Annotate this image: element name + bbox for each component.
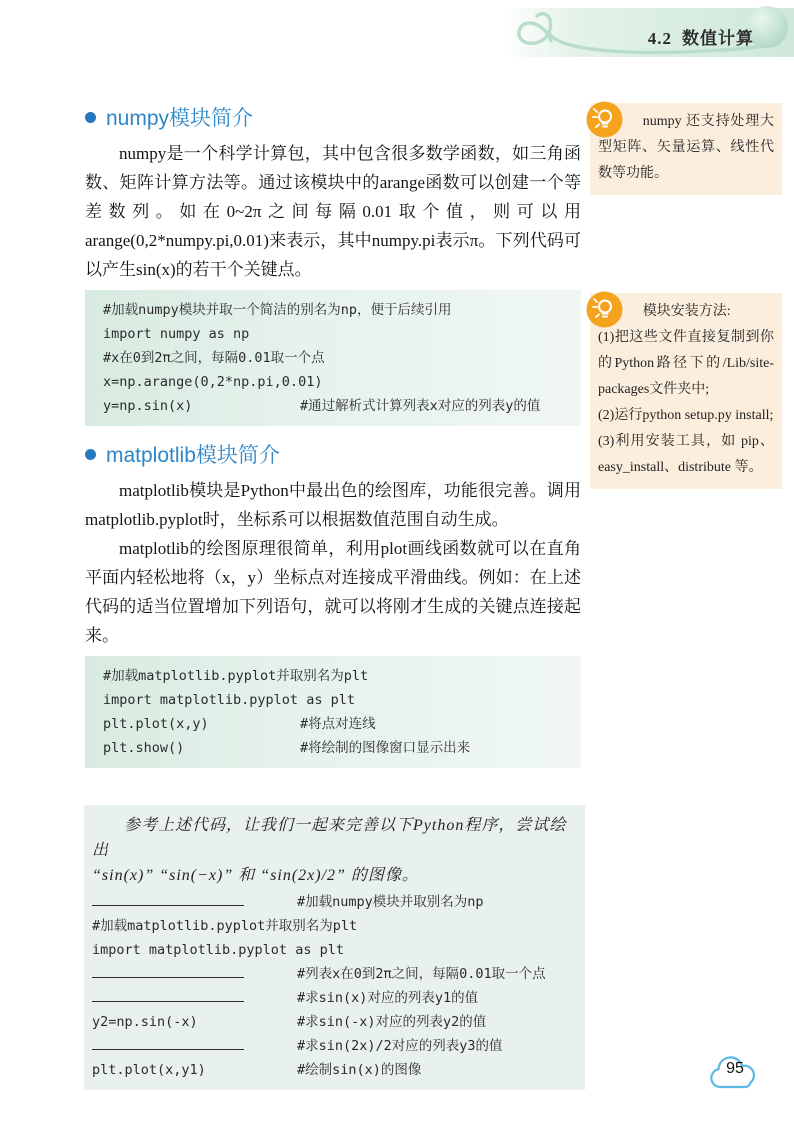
textbook-page: 4.2数值计算 numpy模块简介 numpy是一个科学计算包，其中包含很多数学… xyxy=(0,0,794,1122)
code-text: import matplotlib.pyplot as plt xyxy=(103,692,355,708)
exercise-intro-line2: “sin(x)” “sin(−x)” 和 “sin(2x)/2” 的图像。 xyxy=(92,863,579,888)
code-text: y2=np.sin(-x) xyxy=(92,1010,297,1034)
code-line: import numpy as np xyxy=(103,322,581,346)
code-text: plt.plot(x,y) xyxy=(103,712,300,736)
code-cell xyxy=(92,1034,297,1058)
lightbulb-icon xyxy=(586,101,623,138)
bullet-icon xyxy=(85,112,96,123)
note-install-step-2: (2)运行python setup.py install; xyxy=(598,403,774,429)
main-content-column: numpy模块简介 numpy是一个科学计算包，其中包含很多数学函数，如三角函数… xyxy=(85,101,581,1090)
code-comment: #绘制sin(x)的图像 xyxy=(297,1062,421,1078)
numpy-paragraph: numpy是一个科学计算包，其中包含很多数学函数，如三角函数、矩阵计算方法等。通… xyxy=(85,139,581,284)
page-header-band: 4.2数值计算 xyxy=(503,8,794,57)
code-text: plt.show() xyxy=(103,736,300,760)
code-line: import matplotlib.pyplot as plt xyxy=(92,938,579,962)
code-text: import numpy as np xyxy=(103,326,249,342)
code-line: plt.plot(x,y1)#绘制sin(x)的图像 xyxy=(92,1058,579,1082)
heading-matplotlib-label: matplotlib模块简介 xyxy=(106,439,280,469)
page-number: 95 xyxy=(706,1060,764,1078)
numpy-code-block: #加载numpy模块并取一个简洁的别名为np，便于后续引用 import num… xyxy=(85,290,581,426)
fill-in-blank xyxy=(92,1036,244,1050)
chapter-header: 4.2数值计算 xyxy=(648,24,754,49)
code-comment: #加载numpy模块并取别名为np xyxy=(297,894,484,910)
lightbulb-icon xyxy=(586,291,623,328)
page-number-badge: 95 xyxy=(706,1051,764,1097)
fill-in-blank xyxy=(92,964,244,978)
exercise-code: #加载numpy模块并取别名为np #加载matplotlib.pyplot并取… xyxy=(92,890,579,1082)
note-install-step-1: (1)把这些文件直接复制到你的Python路径下的/Lib/site-packa… xyxy=(598,325,774,403)
code-line: #加载matplotlib.pyplot并取别名为plt xyxy=(92,914,579,938)
code-text: x=np.arange(0,2*np.pi,0.01) xyxy=(103,374,322,390)
exercise-intro: 参考上述代码，让我们一起来完善以下Python程序，尝试绘出 “sin(x)” … xyxy=(92,813,579,888)
matplotlib-paragraph-2: matplotlib的绘图原理很简单，利用plot画线函数就可以在直角平面内轻松… xyxy=(85,534,581,650)
heading-numpy-label: numpy模块简介 xyxy=(106,102,253,132)
code-line: x=np.arange(0,2*np.pi,0.01) xyxy=(103,370,581,394)
code-line: #求sin(2x)/2对应的列表y3的值 xyxy=(92,1034,579,1058)
heading-matplotlib: matplotlib模块简介 xyxy=(85,438,581,470)
code-text: #加载matplotlib.pyplot并取别名为plt xyxy=(103,668,368,684)
code-cell xyxy=(92,986,297,1010)
code-comment: #求sin(2x)/2对应的列表y3的值 xyxy=(297,1038,503,1054)
code-line: #加载matplotlib.pyplot并取别名为plt xyxy=(103,664,581,688)
code-comment: #通过解析式计算列表x对应的列表y的值 xyxy=(300,398,540,414)
code-cell xyxy=(92,962,297,986)
sidebar-note-install: 模块安装方法: (1)把这些文件直接复制到你的Python路径下的/Lib/si… xyxy=(590,293,782,489)
code-comment: #列表x在0到2π之间，每隔0.01取一个点 xyxy=(297,966,546,982)
code-line: #求sin(x)对应的列表y1的值 xyxy=(92,986,579,1010)
exercise-intro-line1: 参考上述代码，让我们一起来完善以下Python程序，尝试绘出 xyxy=(92,813,579,863)
code-comment: #求sin(-x)对应的列表y2的值 xyxy=(297,1014,486,1030)
code-comment: #将绘制的图像窗口显示出来 xyxy=(300,740,470,756)
section-title: 数值计算 xyxy=(682,29,754,48)
code-text: #x在0到2π之间，每隔0.01取一个点 xyxy=(103,350,325,366)
sidebar-note-numpy: numpy 还支持处理大型矩阵、矢量运算、线性代数等功能。 xyxy=(590,103,782,195)
code-line: #加载numpy模块并取一个简洁的别名为np，便于后续引用 xyxy=(103,298,581,322)
fill-in-blank xyxy=(92,892,244,906)
code-comment: #将点对连线 xyxy=(300,716,376,732)
exercise-block: 参考上述代码，让我们一起来完善以下Python程序，尝试绘出 “sin(x)” … xyxy=(84,805,585,1090)
code-text: #加载numpy模块并取一个简洁的别名为np，便于后续引用 xyxy=(103,302,452,318)
fill-in-blank xyxy=(92,988,244,1002)
code-text: import matplotlib.pyplot as plt xyxy=(92,942,344,958)
heading-numpy: numpy模块简介 xyxy=(85,101,581,133)
code-comment: #求sin(x)对应的列表y1的值 xyxy=(297,990,478,1006)
code-line: #加载numpy模块并取别名为np xyxy=(92,890,579,914)
bullet-icon xyxy=(85,449,96,460)
code-line: #列表x在0到2π之间，每隔0.01取一个点 xyxy=(92,962,579,986)
matplotlib-code-block: #加载matplotlib.pyplot并取别名为plt import matp… xyxy=(85,656,581,768)
note-install-step-3: (3)利用安装工具，如 pip、easy_install、distribute … xyxy=(598,429,774,481)
code-cell xyxy=(92,890,297,914)
code-line: plt.plot(x,y)#将点对连线 xyxy=(103,712,581,736)
code-line: y=np.sin(x)#通过解析式计算列表x对应的列表y的值 xyxy=(103,394,581,418)
note-numpy-text: numpy 还支持处理大型矩阵、矢量运算、线性代数等功能。 xyxy=(598,109,774,187)
section-number: 4.2 xyxy=(648,29,672,48)
code-text: #加载matplotlib.pyplot并取别名为plt xyxy=(92,918,357,934)
matplotlib-paragraph-1: matplotlib模块是Python中最出色的绘图库，功能很完善。调用matp… xyxy=(85,476,581,534)
code-line: y2=np.sin(-x)#求sin(-x)对应的列表y2的值 xyxy=(92,1010,579,1034)
code-line: import matplotlib.pyplot as plt xyxy=(103,688,581,712)
code-line: #x在0到2π之间，每隔0.01取一个点 xyxy=(103,346,581,370)
code-line: plt.show()#将绘制的图像窗口显示出来 xyxy=(103,736,581,760)
code-text: y=np.sin(x) xyxy=(103,394,300,418)
note-install-title: 模块安装方法: xyxy=(598,299,774,325)
code-text: plt.plot(x,y1) xyxy=(92,1058,297,1082)
